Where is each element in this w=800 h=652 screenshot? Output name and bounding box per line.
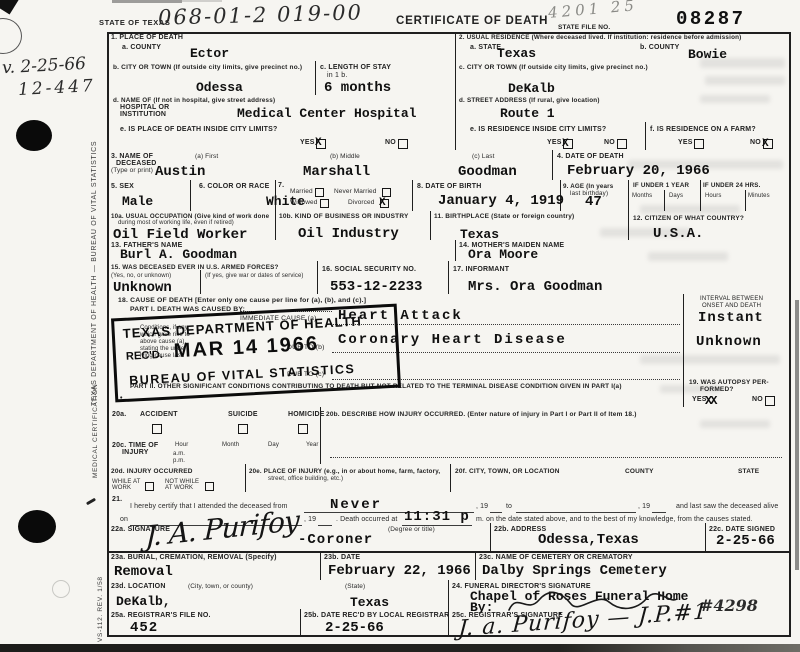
place-of-death-section-label: 1. PLACE OF DEATH [111, 34, 183, 41]
hospital-name-label: d. NAME OF (If not in hospital, give str… [113, 97, 275, 104]
registrar-file-25a-label: 25a. REGISTRAR'S FILE NO. [111, 612, 211, 619]
marital-widowed-label: Widowed [290, 199, 317, 206]
name-label1: 3. NAME OF [111, 153, 153, 160]
name-label3: (Type or print) [111, 167, 153, 174]
name-first-value: Austin [155, 164, 205, 180]
bleedthrough-smudge [640, 205, 740, 214]
accident-label: ACCIDENT [140, 411, 178, 418]
edge-tick-mark [86, 498, 96, 506]
armed-forces-value: Unknown [113, 280, 172, 296]
name-label2: DECEASED [116, 160, 157, 167]
occupation-value: Oil Field Worker [113, 227, 247, 243]
pm-label: p.m. [173, 458, 185, 464]
residence-farm-label: f. IS RESIDENCE ON A FARM? [650, 126, 756, 133]
certify-19b: , 19 [638, 503, 650, 510]
bleedthrough-smudge [648, 252, 728, 261]
farm-no-xmark: X [762, 138, 769, 150]
location-city-sub-label: (City, town, or county) [188, 583, 253, 590]
residence-city-limits-label: e. IS RESIDENCE INSIDE CITY LIMITS? [470, 126, 606, 133]
hole-punch-bottom [18, 510, 56, 543]
date-recd-25b-label: 25b. DATE REC'D BY LOCAL REGISTRAR [304, 612, 449, 619]
residence-city-value: DeKalb [508, 81, 555, 96]
autopsy-label-2: FORMED? [700, 386, 734, 393]
state-file-number: 08287 [676, 8, 746, 30]
time-of-death-value: 11:31 p [404, 509, 470, 525]
age-label1: 9. AGE (In years [563, 183, 613, 190]
marital-widowed-checkbox [320, 199, 329, 208]
residence-limits-no-label: NO [604, 139, 615, 146]
informant-label: 17. INFORMANT [453, 266, 509, 273]
faint-ring-mark [52, 580, 70, 598]
burial-date-23b-label: 23b. DATE [324, 554, 360, 561]
marital-divorced-label: Divorced [348, 199, 374, 206]
autopsy-label-1: 19. WAS AUTOPSY PER- [689, 379, 769, 386]
armed-forces-label: 15. WAS DECEASED EVER IN U.S. ARMED FORC… [111, 264, 279, 271]
accident-checkbox [152, 424, 162, 434]
marital-divorced-xmark: X [379, 197, 386, 209]
burial-date-value: February 22, 1966 [328, 563, 471, 579]
residence-limits-yes-label: YES [547, 139, 562, 146]
margin-handwritten-date: v. 2-25-66 [2, 54, 87, 78]
place-city-label: b. CITY OR TOWN (If outside city limits,… [113, 64, 302, 71]
length-of-stay-value: 6 months [324, 80, 391, 96]
bleedthrough-smudge [700, 420, 770, 428]
residence-county-value: Bowie [688, 47, 727, 62]
residence-state-value: Texas [497, 46, 536, 61]
injury-20a-label: 20a. [112, 411, 126, 418]
certify-tail1: and last saw the deceased alive [676, 503, 778, 510]
handwritten-file-note: 4201 25 [547, 0, 638, 22]
date-of-death-label: 4. DATE OF DEATH [557, 153, 624, 160]
certify-on: on [120, 516, 128, 523]
residence-city-label: c. CITY OR TOWN (If outside city limits,… [459, 64, 648, 71]
marital-married-label: Married [290, 188, 313, 195]
industry-value: Oil Industry [298, 226, 399, 242]
marital-item-label: 7. [278, 182, 284, 189]
citizen-label: 12. CITIZEN OF WHAT COUNTRY? [633, 215, 744, 222]
father-name-value: Burl A. Goodman [120, 247, 237, 262]
injury-20f-label: 20f. CITY, TOWN, OR LOCATION [455, 468, 560, 475]
month-label: Month [222, 442, 239, 448]
race-label: 6. COLOR OR RACE [199, 183, 269, 190]
stamp-recd-label: REC'D. [126, 349, 163, 363]
birthplace-value: Texas [460, 227, 499, 242]
birthplace-label: 11. BIRTHPLACE (State or foreign country… [434, 213, 574, 220]
year-label: Year [306, 442, 319, 448]
corner-circle-mark [0, 18, 22, 54]
name-last-value: Goodman [458, 164, 517, 180]
interval-header-2: ONSET AND DEATH [702, 303, 761, 309]
top-edge-streak [112, 0, 182, 3]
disposition-method-value: Removal [114, 564, 173, 580]
autopsy-no-checkbox [765, 396, 775, 406]
while-at-work-label2: WORK [112, 485, 131, 491]
autopsy-no-label: NO [752, 396, 763, 403]
age-value: 47 [585, 194, 602, 210]
months-label: Months [632, 193, 652, 199]
place-city-limits-label: e. IS PLACE OF DEATH INSIDE CITY LIMITS? [120, 126, 277, 133]
cause-of-death-label: 18. CAUSE OF DEATH [Enter only one cause… [118, 297, 366, 304]
certify-19a: , 19 [476, 503, 488, 510]
interval-header-1: INTERVAL BETWEEN [700, 296, 763, 302]
top-edge-streak-2 [182, 0, 222, 2]
length-of-stay-label2: in 1 b. [327, 72, 347, 79]
place-county-value: Ector [190, 46, 229, 61]
residence-county-label: b. COUNTY [640, 44, 680, 51]
marital-never-checkbox [382, 188, 391, 197]
location-state-value: Texas [350, 595, 389, 610]
dob-label: 8. DATE OF BIRTH [417, 183, 482, 190]
hospital-name-label2: HOSPITAL OR [120, 104, 169, 111]
stamp-line-3: BUREAU OF VITAL STATISTICS [129, 362, 356, 388]
injury-county-label: COUNTY [625, 468, 654, 475]
date-signed-value: 2-25-66 [716, 533, 775, 549]
certify-tail2: m. on the date stated above, and to the … [476, 516, 753, 523]
vertical-medical-certification-caption: MEDICAL CERTIFICATION [92, 384, 99, 478]
margin-handwritten-number: 12-447 [18, 76, 97, 100]
location-23d-label: 23d. LOCATION [111, 583, 166, 590]
handwritten-district-code: 068-01-2 019-00 [158, 0, 363, 29]
interval-b-value: Unknown [696, 334, 762, 350]
sex-value: Male [122, 194, 153, 209]
industry-label: 10b. KIND OF BUSINESS OR INDUSTRY [279, 213, 409, 220]
injury-20e-label2: street, office building, etc.) [268, 475, 343, 482]
minutes-label: Minutes [748, 193, 770, 199]
place-limits-yes-label: YES [300, 139, 315, 146]
injury-20c-label2: INJURY [122, 449, 149, 456]
name-first-label: (a) First [195, 153, 218, 160]
place-limits-no-label: NO [385, 139, 396, 146]
marital-married-checkbox [315, 188, 324, 197]
date-of-death-value: February 20, 1966 [567, 163, 710, 179]
farm-yes-checkbox [694, 139, 704, 149]
state-file-no-label: STATE FILE NO. [558, 24, 610, 31]
bleedthrough-smudge [640, 355, 780, 364]
torn-corner-mark [0, 0, 19, 14]
street-address-label: d. STREET ADDRESS (If rural, give locati… [459, 97, 600, 104]
am-label: a.m. [173, 451, 185, 457]
marital-never-label: Never Married [334, 188, 376, 195]
degree-or-title-label: (Degree or title) [388, 526, 435, 533]
date-recd-value: 2-25-66 [325, 620, 384, 636]
injury-state-label: STATE [738, 468, 759, 475]
autopsy-yes-xxmark: XX [705, 394, 715, 408]
homicide-checkbox [298, 424, 308, 434]
name-last-label: (c) Last [472, 153, 494, 160]
suicide-label: SUICIDE [228, 411, 258, 418]
place-limits-yes-xmark: X [315, 137, 322, 149]
residence-limits-no-checkbox [617, 139, 627, 149]
cemetery-23c-label: 23c. NAME OF CEMETERY OR CREMATORY [479, 554, 633, 561]
ssn-value: 553-12-2233 [330, 279, 422, 295]
hole-punch-top [16, 120, 52, 151]
armed-forces-sub2: (If yes, give war or dates of service) [205, 273, 304, 279]
death-certificate-scan: v. 2-25-66 12-447 TEXAS DEPARTMENT OF HE… [0, 0, 800, 652]
certify-item-label: 21. [112, 496, 122, 503]
farm-yes-label: YES [678, 139, 693, 146]
occupation-label1: 10a. USUAL OCCUPATION (Give kind of work… [111, 213, 269, 220]
days-label: Days [669, 193, 683, 199]
ssn-label: 16. SOCIAL SECURITY NO. [322, 266, 416, 273]
length-of-stay-label: c. LENGTH OF STAY [320, 64, 391, 71]
not-while-label2: AT WORK [165, 485, 193, 491]
dob-value: January 4, 1919 [438, 193, 564, 209]
citizen-value: U.S.A. [653, 226, 703, 242]
injury-20e-label1: 20e. PLACE OF INJURY (e.g., in or about … [249, 468, 440, 475]
location-state-sub-label: (State) [345, 583, 365, 590]
name-middle-label: (b) Middle [330, 153, 360, 160]
residence-section-label: 2. USUAL RESIDENCE (Where deceased lived… [459, 34, 741, 41]
street-address-value: Route 1 [500, 106, 555, 121]
under-1-year-label: IF UNDER 1 YEAR [633, 182, 689, 189]
farm-no-label: NO [750, 139, 761, 146]
place-county-label: a. COUNTY [122, 44, 161, 51]
certificate-title: CERTIFICATE OF DEATH [396, 15, 548, 27]
residence-limits-yes-xmark: X [562, 138, 569, 150]
day-label: Day [268, 442, 279, 448]
registrar-file-value: 452 [130, 620, 158, 636]
bleedthrough-smudge [700, 95, 770, 103]
occupation-label2: during most of working life, even if ret… [118, 220, 234, 226]
vertical-form-number: VS-112. REV. 1/58 [97, 576, 104, 642]
vertical-dept-caption: TEXAS DEPARTMENT OF HEALTH — BUREAU OF V… [91, 141, 98, 406]
under-24-hrs-label: IF UNDER 24 HRS. [703, 182, 761, 189]
stamp-date: MAR 14 1966 [173, 333, 319, 364]
place-limits-no-checkbox [398, 139, 408, 149]
hospital-name-value: Medical Center Hospital [237, 106, 416, 121]
attended-from-value: Never [330, 497, 382, 513]
location-city-value: DeKalb, [116, 594, 171, 609]
right-edge-streak [795, 300, 799, 570]
while-at-work-checkbox [145, 482, 154, 491]
bleedthrough-smudge [705, 76, 785, 85]
certifier-signature: J. A. Purifoy [145, 504, 299, 553]
armed-forces-sub1: (Yes, no, or unknown) [111, 273, 171, 279]
injury-20b-label: 20b. DESCRIBE HOW INJURY OCCURRED. (Ente… [326, 411, 637, 418]
injury-20c-label1: 20c. TIME OF [112, 442, 158, 449]
name-middle-value: Marshall [303, 164, 370, 180]
hospital-name-label3: INSTITUTION [120, 111, 166, 118]
certify-death-at: . Death occurred at [336, 516, 397, 523]
place-city-value: Odessa [196, 80, 243, 95]
bottom-scan-band [0, 644, 800, 652]
certify-19c: , 19 [304, 516, 316, 523]
informant-value: Mrs. Ora Goodman [468, 279, 602, 295]
interval-a-value: Instant [698, 310, 764, 326]
mother-name-value: Ora Moore [468, 247, 538, 262]
injury-20d-label: 20d. INJURY OCCURRED [111, 468, 193, 475]
not-while-checkbox [205, 482, 214, 491]
suicide-checkbox [238, 424, 248, 434]
hours-label: Hours [705, 193, 722, 199]
homicide-label: HOMICIDE [288, 411, 325, 418]
certifier-address-value: Odessa,Texas [538, 532, 639, 548]
sex-label: 5. SEX [111, 183, 134, 190]
certify-to: to [506, 503, 512, 510]
date-signed-22c-label: 22c. DATE SIGNED [709, 526, 775, 533]
cemetery-value: Dalby Springs Cemetery [482, 563, 667, 579]
certifier-title-typed: -Coroner [298, 532, 373, 548]
received-stamp: TEXAS DEPARTMENT OF HEALTH REC'D. MAR 14… [111, 304, 401, 403]
hour-label: Hour [175, 442, 188, 448]
burial-23a-label: 23a. BURIAL, CREMATION, REMOVAL (Specify… [111, 554, 277, 561]
